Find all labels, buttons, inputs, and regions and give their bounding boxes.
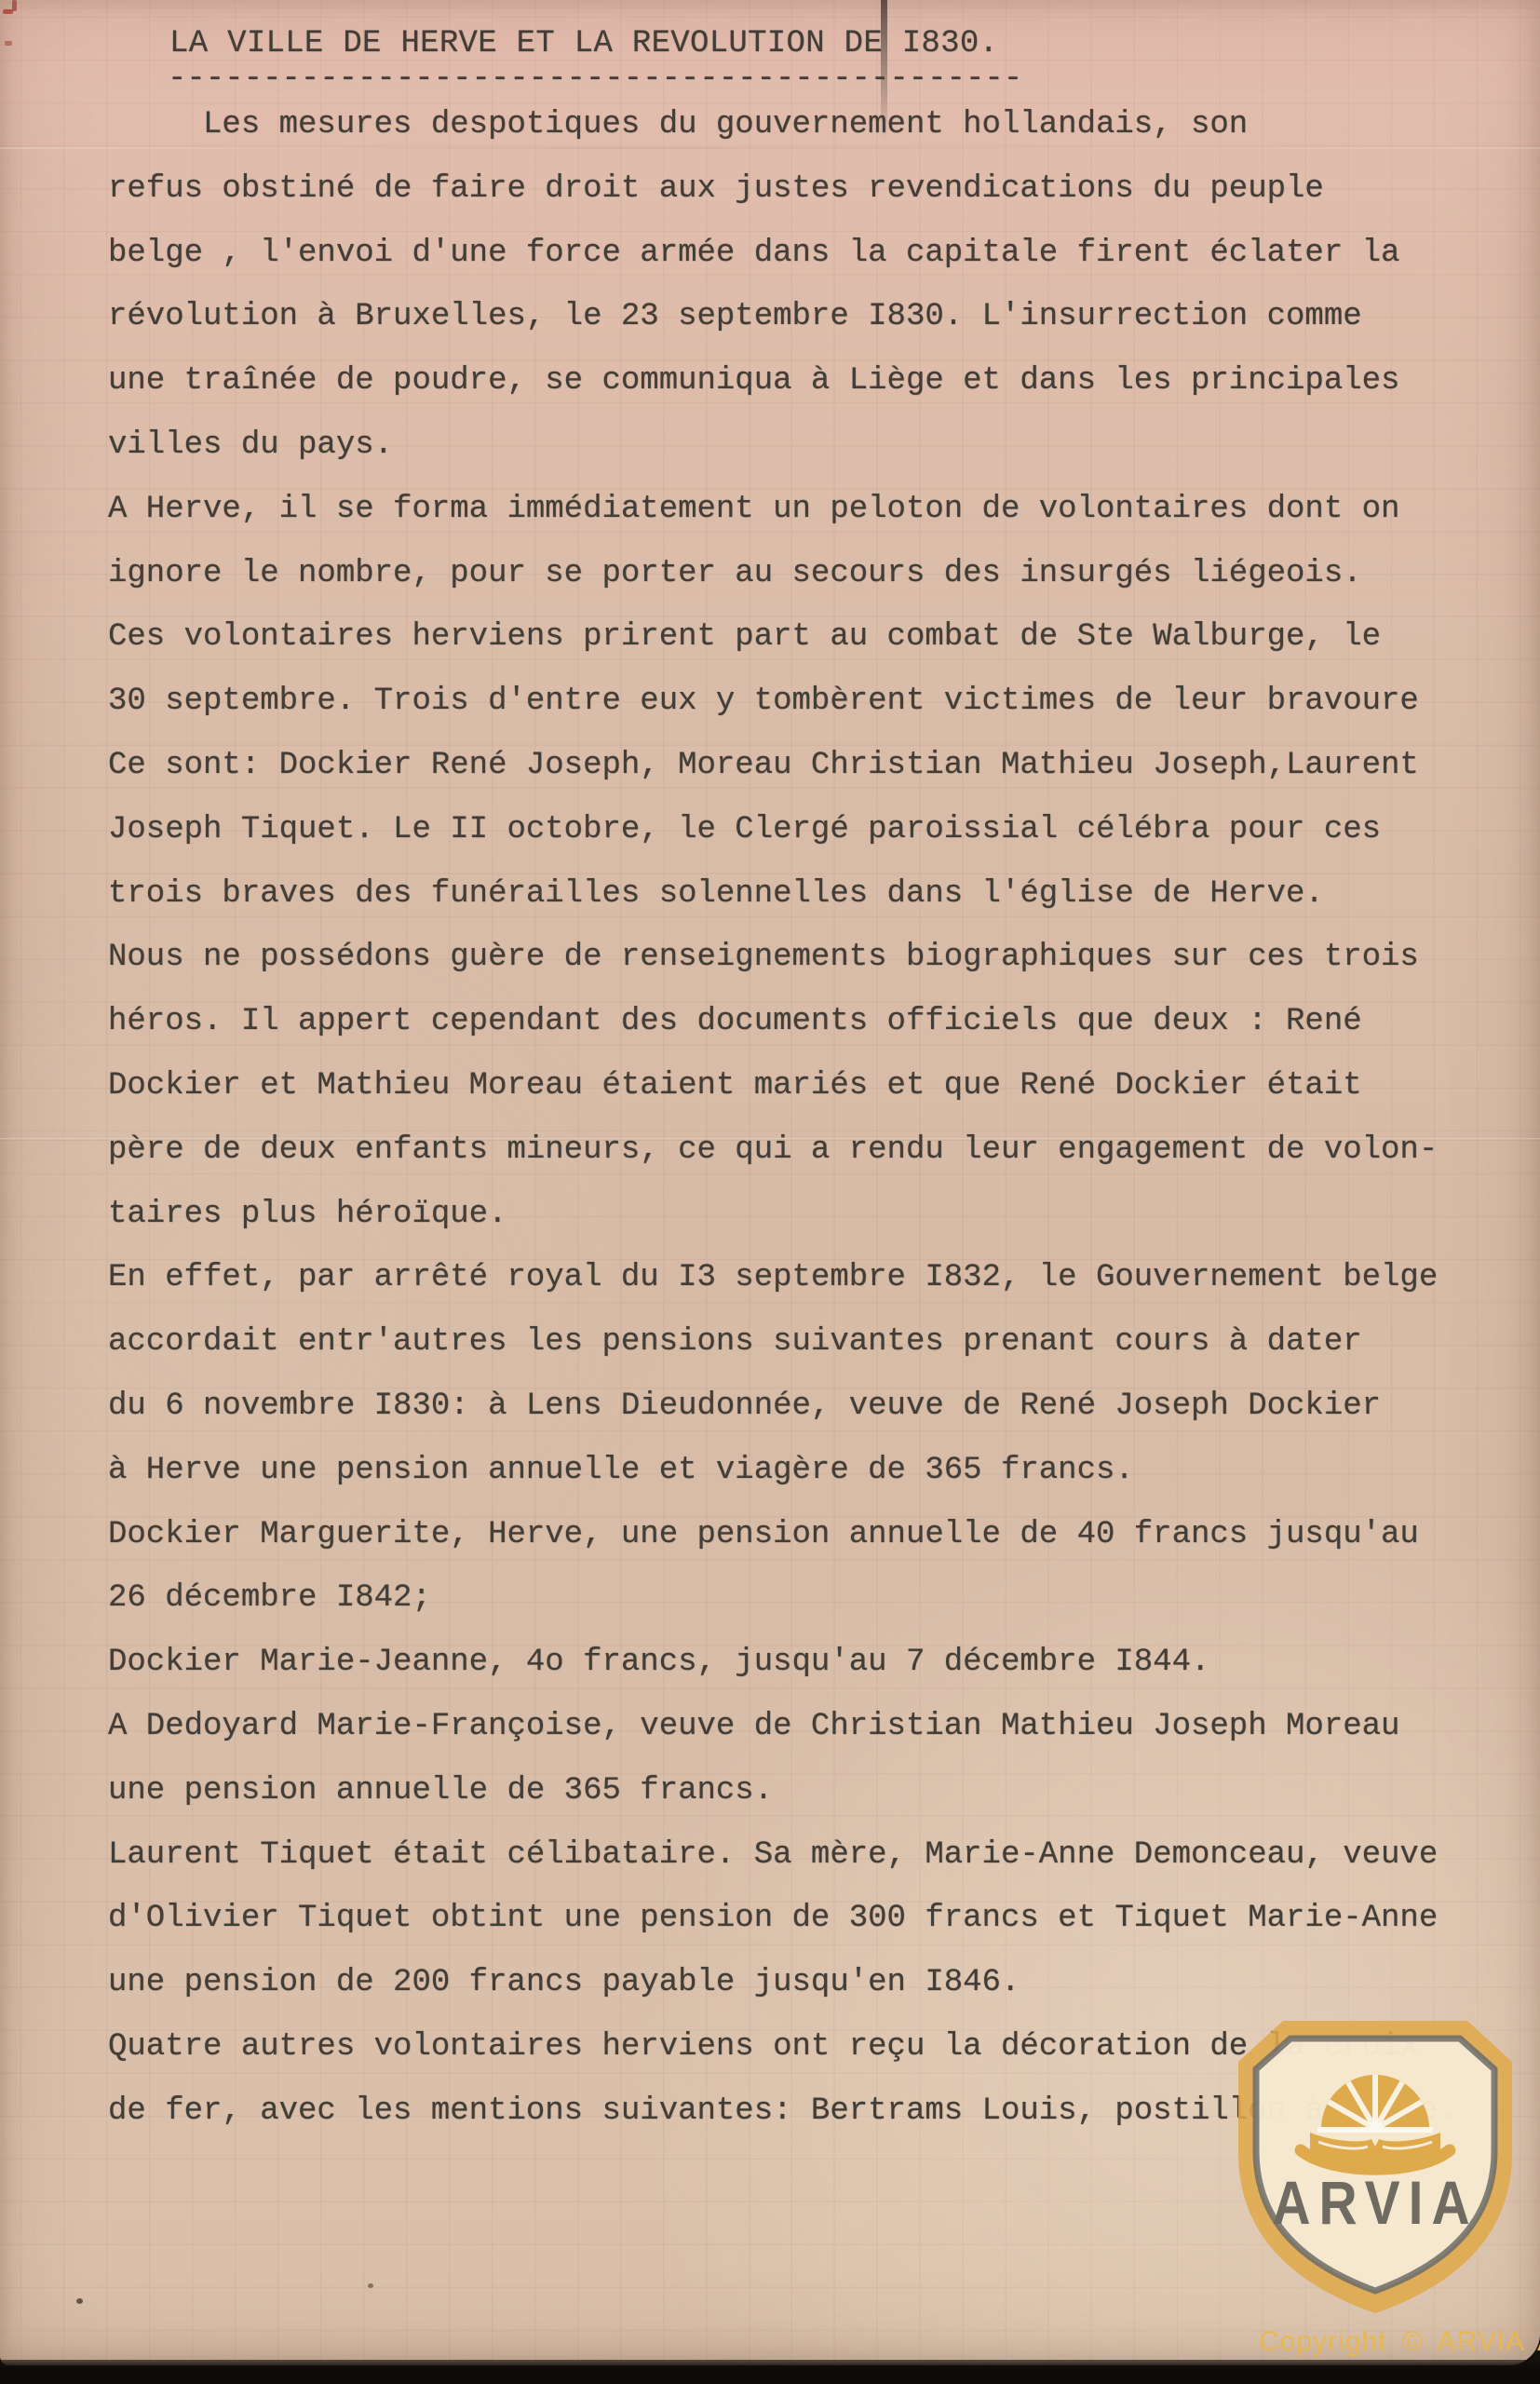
text-line: belge , l'envoi d'une force armée dans l…: [108, 222, 1457, 286]
text-line: accordait entr'autres les pensions suiva…: [108, 1310, 1457, 1375]
typed-body-text: Les mesures despotiques du gouvernement …: [108, 93, 1457, 2144]
text-line: Dockier et Mathieu Moreau étaient mariés…: [108, 1054, 1457, 1118]
dirt-speck: [368, 2283, 373, 2288]
dirt-speck: [76, 2298, 83, 2304]
text-line: père de deux enfants mineurs, ce qui a r…: [108, 1118, 1457, 1183]
text-line: révolution à Bruxelles, le 23 septembre …: [108, 285, 1457, 349]
text-line: 26 décembre I842;: [108, 1566, 1457, 1631]
text-line: Laurent Tiquet était célibataire. Sa mèr…: [108, 1823, 1457, 1888]
text-line: A Dedoyard Marie-Françoise, veuve de Chr…: [108, 1695, 1457, 1759]
text-line: Nous ne possédons guère de renseignement…: [108, 926, 1457, 990]
arvia-watermark-badge: ARVIA: [1229, 2011, 1521, 2324]
text-line: villes du pays.: [108, 413, 1457, 478]
text-line: refus obstiné de faire droit aux justes …: [108, 157, 1457, 222]
red-ink-speck: [5, 41, 12, 46]
arvia-brand-text: ARVIA: [1272, 2169, 1478, 2238]
text-line: Ce sont: Dockier René Joseph, Moreau Chr…: [108, 734, 1457, 798]
text-line: Dockier Marguerite, Herve, une pension a…: [108, 1503, 1457, 1567]
text-line: d'Olivier Tiquet obtint une pension de 3…: [108, 1887, 1457, 1951]
scan-bottom-edge: [0, 2360, 1540, 2384]
text-line: A Herve, il se forma immédiatement un pe…: [108, 478, 1457, 542]
text-line: Les mesures despotiques du gouvernement …: [108, 93, 1457, 157]
text-line: En effet, par arrêté royal du I3 septemb…: [108, 1246, 1457, 1310]
text-line: du 6 novembre I830: à Lens Dieudonnée, v…: [108, 1375, 1457, 1439]
text-line: taires plus héroïque.: [108, 1183, 1457, 1247]
text-line: une traînée de poudre, se communiqua à L…: [108, 349, 1457, 413]
paper-sheet: LA VILLE DE HERVE ET LA REVOLUTION DE I8…: [0, 0, 1540, 2365]
text-line: Joseph Tiquet. Le II octobre, le Clergé …: [108, 798, 1457, 862]
scanned-document-page: { "page": { "title": "LA VILLE DE HERVE …: [0, 0, 1540, 2384]
text-line: une pension annuelle de 365 francs.: [108, 1759, 1457, 1823]
shield-logo: ARVIA: [1229, 2011, 1521, 2324]
text-line: Ces volontaires herviens prirent part au…: [108, 605, 1457, 670]
copyright-notice: Copyright © ARVIA ASBL: [1259, 2326, 1538, 2358]
text-line: à Herve une pension annuelle et viagère …: [108, 1439, 1457, 1503]
text-line: 30 septembre. Trois d'entre eux y tombèr…: [108, 670, 1457, 734]
typed-dashed-divider: ----------------------------------------…: [168, 63, 1022, 95]
text-line: ignore le nombre, pour se porter au seco…: [108, 542, 1457, 606]
text-line: une pension de 200 francs payable jusqu'…: [108, 1951, 1457, 2015]
text-line: trois braves des funérailles solennelles…: [108, 862, 1457, 927]
red-ink-speck: [12, 0, 17, 11]
text-line: Dockier Marie-Jeanne, 4o francs, jusqu'a…: [108, 1631, 1457, 1695]
document-title: LA VILLE DE HERVE ET LA REVOLUTION DE I8…: [169, 28, 998, 60]
text-line: héros. Il appert cependant des documents…: [108, 990, 1457, 1054]
